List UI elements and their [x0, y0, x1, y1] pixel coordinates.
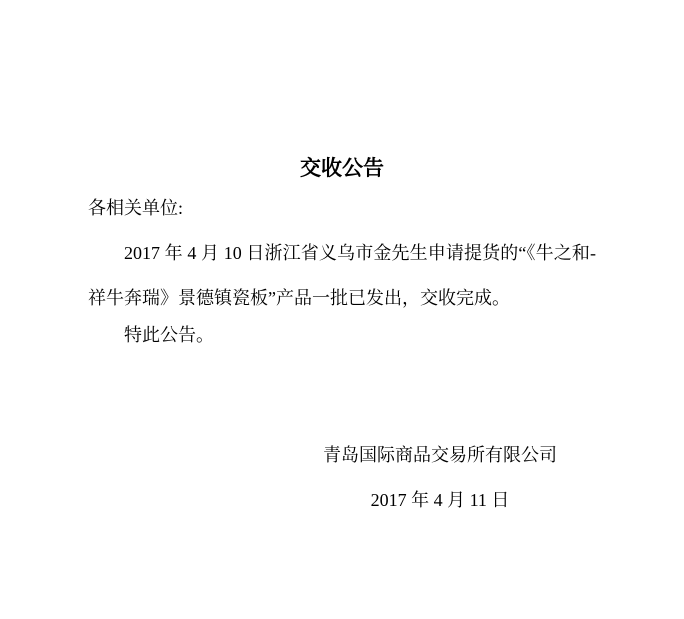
issuer-company-name: 青岛国际商品交易所有限公司 — [280, 433, 600, 478]
signature-block: 青岛国际商品交易所有限公司 2017 年 4 月 11 日 — [280, 433, 600, 523]
notice-title: 交收公告 — [0, 146, 684, 191]
salutation-line: 各相关单位: — [88, 186, 183, 231]
issue-date: 2017 年 4 月 11 日 — [280, 478, 600, 523]
notice-body-paragraph: 2017 年 4 月 10 日浙江省义乌市金先生申请提货的“《牛之和-祥牛奔瑞》… — [88, 231, 596, 321]
closing-statement: 特此公告。 — [88, 313, 214, 358]
notice-document-page: 交收公告 各相关单位: 2017 年 4 月 10 日浙江省义乌市金先生申请提货… — [0, 0, 684, 619]
